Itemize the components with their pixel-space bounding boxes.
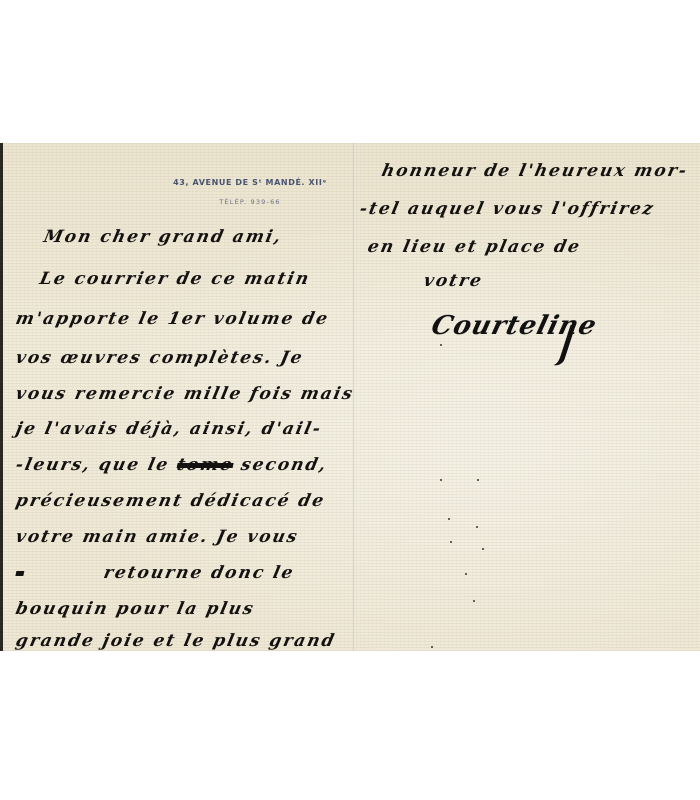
left-line-10: bouquin pour la plus [14,599,257,619]
right-line-2: -tel auquel vous l'offrirez [358,199,657,219]
left-line-8: votre main amie. Je vous [14,527,301,547]
ink-speck [450,541,452,543]
struck-word: tome [175,455,235,475]
ink-speck [465,573,467,575]
left-line-6: -leurs, que le tome second, [14,455,330,475]
struck-word-2 [14,563,98,583]
left-line-9-text: retourne donc le [102,563,297,583]
paper-fold [353,143,355,651]
letterhead-phone: TÉLÉP. 939-66 [160,198,340,206]
left-line-4: vous remercie mille fois mais [14,384,356,404]
ink-speck [476,526,478,528]
left-line-6-end: second, [239,455,330,475]
closing: votre [422,271,485,291]
left-line-2: m'apporte le 1er volume de [14,309,331,329]
ink-speck [473,600,475,602]
scan-edge [0,143,3,651]
left-line-6-start: -leurs, que le [14,455,172,475]
letter-sheet: 43, AVENUE DE Sᵗ MANDÉ. XIIᵉ TÉLÉP. 939-… [0,143,700,651]
left-line-5: je l'avais déjà, ainsi, d'ail- [14,419,324,439]
right-line-3: en lieu et place de [366,237,583,257]
ink-speck [448,518,450,520]
letterhead-address: 43, AVENUE DE Sᵗ MANDÉ. XIIᵉ [160,178,340,187]
right-line-1: honneur de l'heureux mor- [380,161,690,181]
salutation: Mon cher grand ami, [42,227,285,247]
ink-speck [477,479,479,481]
ink-speck [431,646,433,648]
left-line-11: grande joie et le plus grand [14,631,338,651]
ink-speck [482,548,484,550]
ink-speck [440,479,442,481]
letterhead: 43, AVENUE DE Sᵗ MANDÉ. XIIᵉ TÉLÉP. 939-… [160,178,340,206]
left-line-1: Le courrier de ce matin [38,269,312,289]
left-line-7: précieusement dédicacé de [14,491,327,511]
left-line-3: vos œuvres complètes. Je [14,348,306,368]
ink-speck [440,344,442,346]
left-line-9: retourne donc le [14,563,297,583]
